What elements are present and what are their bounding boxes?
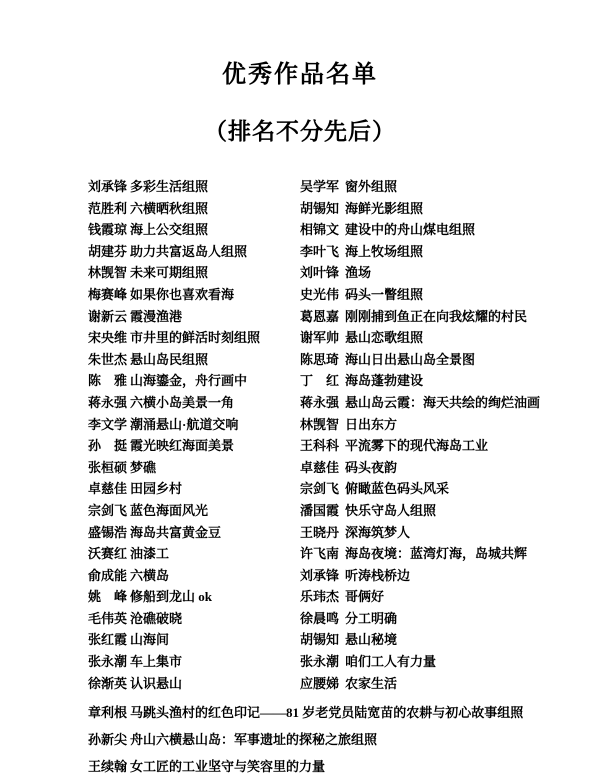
work-entry: 蒋永强六横小岛美景一角: [88, 392, 300, 414]
full-width-entry: 王续翰女工匠的工业坚守与笑容里的力量: [88, 753, 590, 780]
list-row: 孙 挺霞光映红海面美景王科科平流雾下的现代海岛工业: [88, 435, 590, 457]
work-title: 海岛夜境：蓝湾灯海，岛城共辉: [345, 543, 527, 565]
list-row: 沃赛红油漆工许飞南海岛夜境：蓝湾灯海，岛城共辉: [88, 543, 590, 565]
list-row: 林觊智未来可期组照刘叶锋渔场: [88, 262, 590, 284]
work-title: 认识悬山: [130, 673, 182, 695]
work-title: 梦礁: [130, 457, 156, 479]
work-title: 修船到龙山 ok: [130, 586, 212, 608]
list-row: 张永潮车上集市张永潮咱们工人有力量: [88, 651, 590, 673]
work-entry: 蒋永强悬山岛云霞：海天共绘的绚烂油画: [300, 392, 590, 414]
work-title: 多彩生活组照: [130, 176, 208, 198]
work-title: 海上公交组照: [130, 219, 208, 241]
full-width-rows: 章利根马跳头渔村的红色印记——81 岁老党员陆宽苗的农耕与初心故事组照孙新尖舟山…: [88, 699, 590, 780]
work-title: 六横晒秋组照: [130, 198, 208, 220]
list-row: 胡建芬助力共富返岛人组照李叶飞海上牧场组照: [88, 241, 590, 263]
list-row: 朱世杰悬山岛民组照陈思琦海山日出悬山岛全景图: [88, 349, 590, 371]
work-title: 马跳头渔村的红色印记——81 岁老党员陆宽苗的农耕与初心故事组照: [130, 699, 523, 726]
work-title: 山海鎏金，舟行画中: [130, 370, 247, 392]
work-title: 农家生活: [345, 673, 397, 695]
work-entry: 谢新云霞漫渔港: [88, 306, 300, 328]
list-row: 俞成能六横岛刘承锋听涛栈桥边: [88, 565, 590, 587]
list-row: 宋央维市井里的鲜活时刻组照谢军帅悬山恋歌组照: [88, 327, 590, 349]
work-title: 女工匠的工业坚守与笑容里的力量: [130, 753, 325, 780]
author-name: 徐渐英: [88, 673, 128, 695]
work-title: 日出东方: [345, 414, 397, 436]
author-name: 姚 峰: [88, 586, 128, 608]
author-name: 沃赛红: [88, 543, 128, 565]
list-row: 李文学潮涌悬山·航道交响林觊智日出东方: [88, 414, 590, 436]
author-name: 卓慈佳: [88, 478, 128, 500]
work-title: 六横岛: [130, 565, 169, 587]
work-entry: 胡锡知海鲜光影组照: [300, 198, 590, 220]
work-title: 六横小岛美景一角: [130, 392, 234, 414]
work-title: 建设中的舟山煤电组照: [345, 219, 475, 241]
work-entry: 沃赛红油漆工: [88, 543, 300, 565]
work-title: 油漆工: [130, 543, 169, 565]
work-title: 海岛蓬勃建设: [345, 370, 423, 392]
author-name: 盛锡浩: [88, 522, 128, 544]
author-name: 丁 红: [300, 370, 340, 392]
list-row: 张红霞山海间胡锡知悬山秘境: [88, 629, 590, 651]
work-title: 悬山恋歌组照: [345, 327, 423, 349]
list-row: 钱霞琼海上公交组照相锦文建设中的舟山煤电组照: [88, 219, 590, 241]
list-row: 范胜利六横晒秋组照胡锡知海鲜光影组照: [88, 198, 590, 220]
work-title: 蓝色海面风光: [130, 500, 208, 522]
work-entry: 丁 红海岛蓬勃建设: [300, 370, 590, 392]
author-name: 葛恩嘉: [300, 306, 340, 328]
work-title: 深海筑梦人: [345, 522, 410, 544]
work-entry: 张永潮咱们工人有力量: [300, 651, 590, 673]
list-row: 谢新云霞漫渔港葛恩嘉刚刚捕到鱼正在向我炫耀的村民: [88, 306, 590, 328]
work-entry: 胡锡知悬山秘境: [300, 629, 590, 651]
work-entry: 李叶飞海上牧场组照: [300, 241, 590, 263]
work-title: 刚刚捕到鱼正在向我炫耀的村民: [345, 306, 527, 328]
works-list: 刘承锋多彩生活组照吴学军窗外组照范胜利六横晒秋组照胡锡知海鲜光影组照钱霞琼海上公…: [88, 176, 590, 780]
work-entry: 陈思琦海山日出悬山岛全景图: [300, 349, 590, 371]
author-name: 李文学: [88, 414, 128, 436]
author-name: 张永潮: [88, 651, 128, 673]
author-name: 应腰娣: [300, 673, 340, 695]
work-title: 分工明确: [345, 608, 397, 630]
list-row: 梅赛峰如果你也喜欢看海史光伟码头一瞥组照: [88, 284, 590, 306]
author-name: 谢新云: [88, 306, 128, 328]
work-entry: 梅赛峰如果你也喜欢看海: [88, 284, 300, 306]
work-entry: 潘国霞快乐守岛人组照: [300, 500, 590, 522]
work-title: 助力共富返岛人组照: [130, 241, 247, 263]
work-entry: 谢军帅悬山恋歌组照: [300, 327, 590, 349]
work-entry: 毛伟英沧礁破晓: [88, 608, 300, 630]
author-name: 俞成能: [88, 565, 128, 587]
author-name: 谢军帅: [300, 327, 340, 349]
work-title: 沧礁破晓: [130, 608, 182, 630]
author-name: 许飞南: [300, 543, 340, 565]
work-entry: 朱世杰悬山岛民组照: [88, 349, 300, 371]
author-name: 蒋永强: [88, 392, 128, 414]
author-name: 王科科: [300, 435, 340, 457]
list-row: 张桓硕梦礁卓慈佳码头夜韵: [88, 457, 590, 479]
work-title: 田园乡村: [130, 478, 182, 500]
author-name: 史光伟: [300, 284, 340, 306]
author-name: 蒋永强: [300, 392, 340, 414]
author-name: 陈思琦: [300, 349, 340, 371]
author-name: 梅赛峰: [88, 284, 128, 306]
author-name: 吴学军: [300, 176, 340, 198]
paired-rows: 刘承锋多彩生活组照吴学军窗外组照范胜利六横晒秋组照胡锡知海鲜光影组照钱霞琼海上公…: [88, 176, 590, 694]
work-title: 悬山秘境: [345, 629, 397, 651]
work-entry: 林觊智未来可期组照: [88, 262, 300, 284]
work-title: 哥俩好: [345, 586, 384, 608]
work-entry: 李文学潮涌悬山·航道交响: [88, 414, 300, 436]
list-row: 宗剑飞蓝色海面风光潘国霞快乐守岛人组照: [88, 500, 590, 522]
work-title: 车上集市: [130, 651, 182, 673]
work-title: 霞漫渔港: [130, 306, 182, 328]
author-name: 刘叶锋: [300, 262, 340, 284]
work-entry: 王晓丹深海筑梦人: [300, 522, 590, 544]
author-name: 林觊智: [300, 414, 340, 436]
work-entry: 宗剑飞蓝色海面风光: [88, 500, 300, 522]
work-title: 山海间: [130, 629, 169, 651]
full-width-entry: 章利根马跳头渔村的红色印记——81 岁老党员陆宽苗的农耕与初心故事组照: [88, 699, 590, 726]
author-name: 王晓丹: [300, 522, 340, 544]
list-row: 蒋永强六横小岛美景一角蒋永强悬山岛云霞：海天共绘的绚烂油画: [88, 392, 590, 414]
work-title: 窗外组照: [345, 176, 397, 198]
work-entry: 宋央维市井里的鲜活时刻组照: [88, 327, 300, 349]
author-name: 王续翰: [88, 753, 128, 780]
author-name: 张永潮: [300, 651, 340, 673]
work-title: 渔场: [345, 262, 371, 284]
full-width-entry: 孙新尖舟山六横悬山岛：军事遗址的探秘之旅组照: [88, 726, 590, 753]
work-entry: 吴学军窗外组照: [300, 176, 590, 198]
work-title: 悬山岛民组照: [130, 349, 208, 371]
work-entry: 陈 雅山海鎏金，舟行画中: [88, 370, 300, 392]
work-title: 海岛共富黄金豆: [130, 522, 221, 544]
work-title: 潮涌悬山·航道交响: [130, 414, 238, 436]
work-entry: 张桓硕梦礁: [88, 457, 300, 479]
work-entry: 相锦文建设中的舟山煤电组照: [300, 219, 590, 241]
document-title: 优秀作品名单: [0, 0, 600, 89]
author-name: 范胜利: [88, 198, 128, 220]
work-title: 俯瞰蓝色码头风采: [345, 478, 449, 500]
author-name: 张红霞: [88, 629, 128, 651]
work-entry: 张红霞山海间: [88, 629, 300, 651]
author-name: 乐玮杰: [300, 586, 340, 608]
work-entry: 应腰娣农家生活: [300, 673, 590, 695]
author-name: 朱世杰: [88, 349, 128, 371]
work-entry: 宗剑飞俯瞰蓝色码头风采: [300, 478, 590, 500]
work-title: 海鲜光影组照: [345, 198, 423, 220]
work-title: 市井里的鲜活时刻组照: [130, 327, 260, 349]
work-title: 霞光映红海面美景: [130, 435, 234, 457]
work-entry: 孙 挺霞光映红海面美景: [88, 435, 300, 457]
list-row: 刘承锋多彩生活组照吴学军窗外组照: [88, 176, 590, 198]
author-name: 宗剑飞: [88, 500, 128, 522]
work-title: 咱们工人有力量: [345, 651, 436, 673]
author-name: 孙新尖: [88, 726, 128, 753]
author-name: 宗剑飞: [300, 478, 340, 500]
work-title: 码头夜韵: [345, 457, 397, 479]
author-name: 刘承锋: [88, 176, 128, 198]
work-entry: 范胜利六横晒秋组照: [88, 198, 300, 220]
author-name: 相锦文: [300, 219, 340, 241]
work-entry: 许飞南海岛夜境：蓝湾灯海，岛城共辉: [300, 543, 590, 565]
author-name: 陈 雅: [88, 370, 128, 392]
author-name: 刘承锋: [300, 565, 340, 587]
work-title: 如果你也喜欢看海: [130, 284, 234, 306]
work-entry: 刘叶锋渔场: [300, 262, 590, 284]
author-name: 李叶飞: [300, 241, 340, 263]
author-name: 胡锡知: [300, 198, 340, 220]
list-row: 陈 雅山海鎏金，舟行画中丁 红海岛蓬勃建设: [88, 370, 590, 392]
list-row: 卓慈佳田园乡村宗剑飞俯瞰蓝色码头风采: [88, 478, 590, 500]
work-title: 未来可期组照: [130, 262, 208, 284]
work-entry: 葛恩嘉刚刚捕到鱼正在向我炫耀的村民: [300, 306, 590, 328]
work-entry: 姚 峰修船到龙山 ok: [88, 586, 300, 608]
list-row: 盛锡浩海岛共富黄金豆王晓丹深海筑梦人: [88, 522, 590, 544]
author-name: 张桓硕: [88, 457, 128, 479]
work-entry: 刘承锋多彩生活组照: [88, 176, 300, 198]
work-entry: 钱霞琼海上公交组照: [88, 219, 300, 241]
work-title: 快乐守岛人组照: [345, 500, 436, 522]
author-name: 钱霞琼: [88, 219, 128, 241]
work-entry: 卓慈佳码头夜韵: [300, 457, 590, 479]
work-title: 悬山岛云霞：海天共绘的绚烂油画: [345, 392, 540, 414]
author-name: 徐晨鸣: [300, 608, 340, 630]
work-title: 海山日出悬山岛全景图: [345, 349, 475, 371]
work-entry: 徐晨鸣分工明确: [300, 608, 590, 630]
work-entry: 盛锡浩海岛共富黄金豆: [88, 522, 300, 544]
work-entry: 史光伟码头一瞥组照: [300, 284, 590, 306]
author-name: 林觊智: [88, 262, 128, 284]
work-entry: 刘承锋听涛栈桥边: [300, 565, 590, 587]
author-name: 章利根: [88, 699, 128, 726]
work-entry: 张永潮车上集市: [88, 651, 300, 673]
work-entry: 王科科平流雾下的现代海岛工业: [300, 435, 590, 457]
author-name: 孙 挺: [88, 435, 128, 457]
document-subtitle: （排名不分先后）: [0, 113, 600, 146]
author-name: 胡建芬: [88, 241, 128, 263]
author-name: 潘国霞: [300, 500, 340, 522]
author-name: 卓慈佳: [300, 457, 340, 479]
work-entry: 徐渐英认识悬山: [88, 673, 300, 695]
work-title: 平流雾下的现代海岛工业: [345, 435, 488, 457]
author-name: 毛伟英: [88, 608, 128, 630]
author-name: 胡锡知: [300, 629, 340, 651]
work-title: 码头一瞥组照: [345, 284, 423, 306]
work-entry: 卓慈佳田园乡村: [88, 478, 300, 500]
author-name: 宋央维: [88, 327, 128, 349]
work-title: 舟山六横悬山岛：军事遗址的探秘之旅组照: [130, 726, 377, 753]
work-entry: 林觊智日出东方: [300, 414, 590, 436]
list-row: 姚 峰修船到龙山 ok乐玮杰哥俩好: [88, 586, 590, 608]
work-entry: 俞成能六横岛: [88, 565, 300, 587]
list-row: 毛伟英沧礁破晓徐晨鸣分工明确: [88, 608, 590, 630]
work-entry: 胡建芬助力共富返岛人组照: [88, 241, 300, 263]
work-entry: 乐玮杰哥俩好: [300, 586, 590, 608]
work-title: 听涛栈桥边: [345, 565, 410, 587]
list-row: 徐渐英认识悬山应腰娣农家生活: [88, 673, 590, 695]
document-page: 优秀作品名单 （排名不分先后） 刘承锋多彩生活组照吴学军窗外组照范胜利六横晒秋组…: [0, 0, 600, 783]
work-title: 海上牧场组照: [345, 241, 423, 263]
